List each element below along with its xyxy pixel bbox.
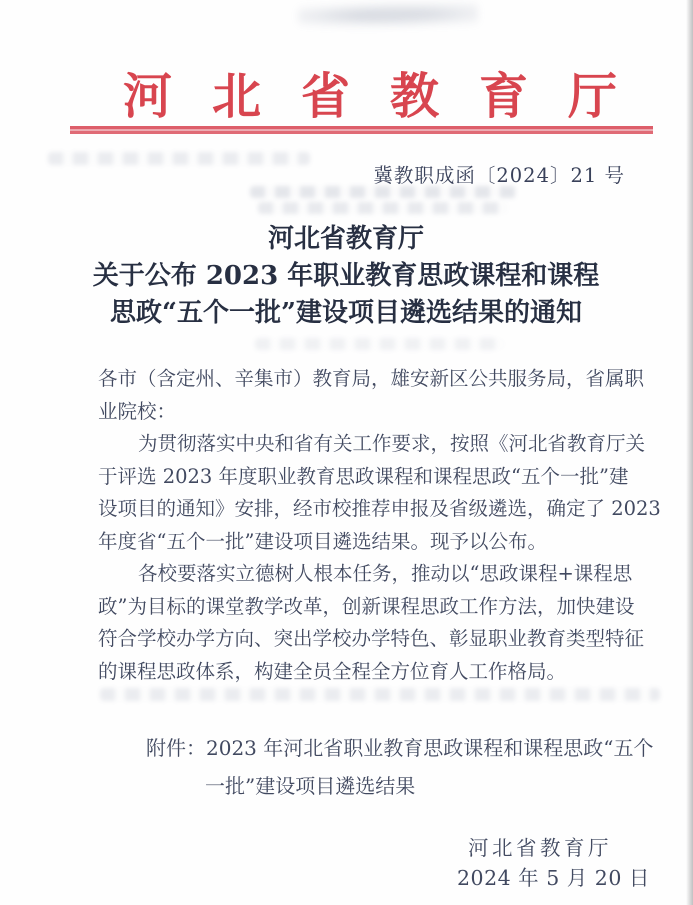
bleed-through-artifact (255, 338, 505, 350)
bleed-through-artifact (258, 202, 508, 214)
body-paragraph-requirements: 各校要落实立德树人根本任务，推动以“思政课程+课程思 政”为目标的课堂教学改革，… (98, 558, 648, 688)
body-line: 符合学校办学方向、突出学校办学特色、彰显职业教育类型特征 (98, 623, 648, 656)
body-line: 各校要落实立德树人根本任务，推动以“思政课程+课程思 (98, 558, 648, 591)
body-line: 于评选 2023 年度职业教育思政课程和课程思政“五个一批”建 (98, 461, 648, 494)
scan-edge-shadow (686, 0, 693, 905)
body-paragraph-recipients: 各市（含定州、辛集市）教育局，雄安新区公共服务局，省属职 业院校： (98, 363, 648, 428)
document-title: 河北省教育厅 关于公布 2023 年职业教育思政课程和课程 思政“五个一批”建设… (46, 221, 646, 332)
document-title-line3: 思政“五个一批”建设项目遴选结果的通知 (46, 295, 646, 332)
document-page: 河北省教育厅 冀教职成函〔2024〕21 号 河北省教育厅 关于公布 2023 … (0, 0, 693, 905)
bleed-through-artifact (298, 2, 478, 30)
body-line: 业院校： (98, 396, 648, 429)
document-title-line1: 河北省教育厅 (46, 221, 646, 258)
masthead-divider-line (70, 126, 653, 134)
bleed-through-artifact (100, 688, 660, 701)
attachment-line: 附件：2023 年河北省职业教育思政课程和课程思政“五个 (146, 729, 653, 767)
issue-date: 2024 年 5 月 20 日 (457, 861, 650, 891)
issuer-signature: 河北省教育厅 (468, 831, 612, 861)
body-paragraph-announcement: 为贯彻落实中央和省有关工作要求，按照《河北省教育厅关 于评选 2023 年度职业… (98, 428, 648, 558)
body-line: 年度省“五个一批”建设项目遴选结果。现予以公布。 (98, 526, 648, 559)
attachment-line: 一批”建设项目遴选结果 (146, 767, 653, 805)
body-line: 政”为目标的课堂教学改革，创新课程思政工作方法，加快建设 (98, 591, 648, 624)
document-title-line2: 关于公布 2023 年职业教育思政课程和课程 (46, 258, 646, 295)
attachment-note: 附件：2023 年河北省职业教育思政课程和课程思政“五个 一批”建设项目遴选结果 (146, 729, 653, 805)
document-number: 冀教职成函〔2024〕21 号 (373, 160, 625, 188)
body-line: 设项目的通知》安排，经市校推荐申报及省级遴选，确定了 2023 (98, 493, 648, 526)
bleed-through-artifact (48, 152, 310, 165)
body-line: 各市（含定州、辛集市）教育局，雄安新区公共服务局，省属职 (98, 363, 648, 396)
body-line: 的课程思政体系，构建全员全程全方位育人工作格局。 (98, 656, 648, 689)
document-body: 各市（含定州、辛集市）教育局，雄安新区公共服务局，省属职 业院校： 为贯彻落实中… (98, 363, 648, 688)
agency-masthead: 河北省教育厅 (123, 58, 657, 128)
body-line: 为贯彻落实中央和省有关工作要求，按照《河北省教育厅关 (98, 428, 648, 461)
